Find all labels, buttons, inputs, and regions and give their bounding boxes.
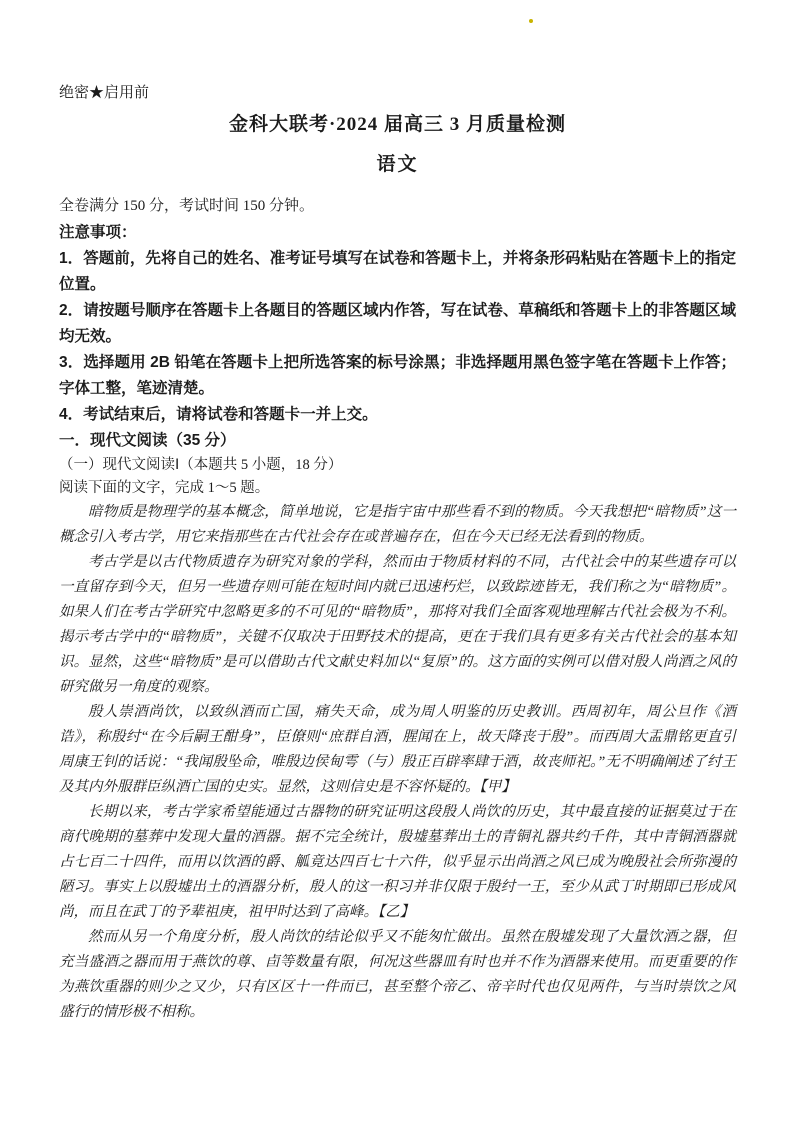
passage-paragraph-1: 暗物质是物理学的基本概念，简单地说，它是指宇宙中那些看不到的物质。今天我想把“暗… [59,500,736,550]
notice-item-1: 1．答题前，先将自己的姓名、准考证号填写在试卷和答题卡上，并将条形码粘贴在答题卡… [59,246,736,298]
passage-paragraph-2: 考古学是以古代物质遗存为研究对象的学科，然而由于物质材料的不同，古代社会中的某些… [59,550,736,700]
notice-item-3: 3．选择题用 2B 铅笔在答题卡上把所选答案的标号涂黑；非选择题用黑色签字笔在答… [59,350,736,402]
passage-paragraph-5: 然而从另一个角度分析，殷人尚饮的结论似乎又不能匆忙做出。虽然在殷墟发现了大量饮酒… [59,925,736,1025]
subsection-heading-reading-1: （一）现代文阅读Ⅰ（本题共 5 小题，18 分） [59,454,736,477]
notice-item-2: 2．请按题号顺序在答题卡上各题目的答题区域内作答，写在试卷、草稿纸和答题卡上的非… [59,298,736,350]
exam-paper-page: 绝密★启用前 金科大联考·2024 届高三 3 月质量检测 语文 全卷满分 15… [0,0,793,1122]
passage-paragraph-4: 长期以来，考古学家希望能通过古器物的研究证明这段殷人尚饮的历史，其中最直接的证据… [59,800,736,925]
section-heading-modern-reading: 一．现代文阅读（35 分） [59,428,736,454]
classification-label: 绝密★启用前 [59,84,736,102]
notice-item-4: 4．考试结束后，请将试卷和答题卡一并上交。 [59,402,736,428]
scan-artifact-dot [529,19,533,23]
exam-title: 金科大联考·2024 届高三 3 月质量检测 [59,112,736,138]
reading-instruction: 阅读下面的文字，完成 1～5 题。 [59,477,736,500]
passage-paragraph-3: 殷人崇酒尚饮，以致纵酒而亡国，痛失天命，成为周人明鉴的历史教训。西周初年，周公旦… [59,700,736,800]
subject-title: 语文 [59,152,736,178]
notice-heading: 注意事项： [59,220,736,246]
exam-info-line: 全卷满分 150 分，考试时间 150 分钟。 [59,194,736,218]
